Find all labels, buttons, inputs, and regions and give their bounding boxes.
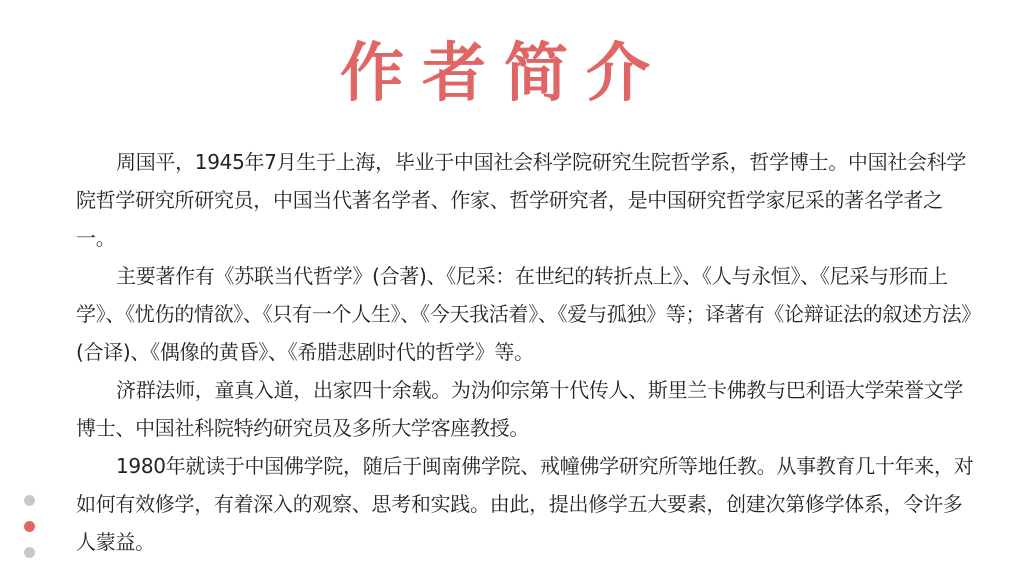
paragraph-zhou-guoping-works: 主要著作有《苏联当代哲学》(合著)、《尼采：在世纪的转折点上》、《人与永恒》、《… bbox=[76, 257, 976, 371]
paragraph-jiqun-teaching: 1980年就读于中国佛学院，随后于闽南佛学院、戒幢佛学研究所等地任教。从事教育几… bbox=[76, 447, 976, 561]
pagination-dot-3[interactable] bbox=[24, 547, 35, 558]
slide: 作者简介 周国平，1945年7月生于上海，毕业于中国社会科学院研究生院哲学系，哲… bbox=[0, 0, 1024, 576]
paragraph-jiqun-bio: 济群法师，童真入道，出家四十余载。为沩仰宗第十代传人、斯里兰卡佛教与巴利语大学荣… bbox=[76, 371, 976, 447]
author-intro-body: 周国平，1945年7月生于上海，毕业于中国社会科学院研究生院哲学系，哲学博士。中… bbox=[76, 143, 976, 561]
pagination-dot-2-active[interactable] bbox=[24, 521, 35, 532]
page-title: 作者简介 bbox=[0, 34, 990, 114]
slide-pagination bbox=[24, 495, 36, 573]
pagination-dot-1[interactable] bbox=[24, 495, 35, 506]
paragraph-zhou-guoping-bio: 周国平，1945年7月生于上海，毕业于中国社会科学院研究生院哲学系，哲学博士。中… bbox=[76, 143, 976, 257]
